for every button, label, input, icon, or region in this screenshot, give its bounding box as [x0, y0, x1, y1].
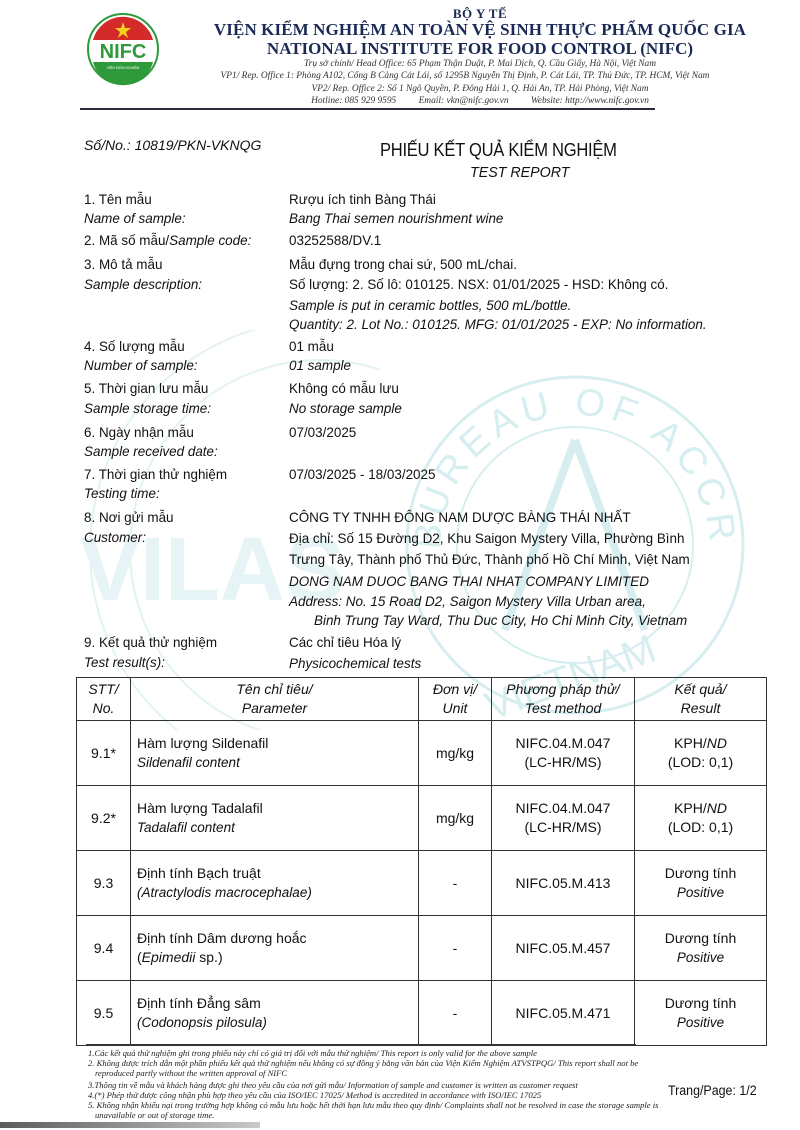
row-no: 9.5 — [77, 981, 131, 1046]
received-date-value: 07/03/2025 — [289, 424, 356, 441]
row-no: 9.3 — [77, 851, 131, 916]
sample-description-vn-1: Mẫu đựng trong chai sứ, 500 mL/chai. — [289, 256, 517, 273]
hotline: Hotline: 085 929 9595 — [311, 96, 396, 106]
logo-text: NIFC — [100, 41, 147, 63]
table-row: 9.2* Hàm lượng TadalafilTadalafil conten… — [77, 786, 767, 851]
title-vn: PHIẾU KẾT QUẢ KIỂM NGHIỆM — [380, 140, 617, 161]
sample-description-label-en: Sample description: — [84, 276, 202, 293]
row-unit: - — [419, 916, 492, 981]
sample-name-label-vn: 1. Tên mẫu — [84, 191, 152, 208]
test-results-value-en: Physicochemical tests — [289, 655, 421, 672]
page-number: Trang/Page: 1/2 — [668, 1083, 757, 1098]
row-no: 9.1* — [77, 721, 131, 786]
table-row: 9.4 Định tính Dâm dương hoắc(Epimedii sp… — [77, 916, 767, 981]
sample-description-en-2: Quantity: 2. Lot No.: 010125. MFG: 01/01… — [289, 316, 707, 333]
scan-edge — [0, 1122, 260, 1128]
website[interactable]: Website: http://www.nifc.gov.vn — [531, 96, 649, 106]
row-result: Dương tínhPositive — [635, 916, 767, 981]
sample-name-value-en: Bang Thai semen nourishment wine — [289, 210, 503, 227]
logo-caption: VIỆN KIỂM NGHIỆM — [107, 65, 140, 70]
customer-name-vn: CÔNG TY TNHH ĐÔNG NAM DƯỢC BÀNG THÁI NHẤ… — [289, 509, 631, 526]
row-result: KPH/ND(LOD: 0,1) — [635, 786, 767, 851]
footer-note-1: 1.Các kết quả thử nghiệm ghi trong phiếu… — [88, 1048, 537, 1058]
row-unit: mg/kg — [419, 721, 492, 786]
rep-office-1-address: VP1/ Rep. Office 1: Phòng A102, Cổng B C… — [130, 71, 800, 81]
row-result: Dương tínhPositive — [635, 851, 767, 916]
header-unit: Đơn vị/Unit — [419, 678, 492, 721]
contact-line: Hotline: 085 929 9595 Email: vkn@nifc.go… — [160, 96, 800, 106]
head-office-address: Trụ sở chính/ Head Office: 65 Phạm Thận … — [160, 59, 800, 69]
customer-name-en: DONG NAM DUOC BANG THAI NHAT COMPANY LIM… — [289, 573, 649, 590]
customer-address-vn-2: Trưng Tây, Thành phố Thủ Đức, Thành phố … — [289, 551, 690, 568]
storage-time-label-vn: 5. Thời gian lưu mẫu — [84, 380, 208, 397]
received-date-label-vn: 6. Ngày nhận mẫu — [84, 424, 194, 441]
header-parameter: Tên chỉ tiêu/Parameter — [131, 678, 419, 721]
table-row: 9.5 Định tính Đẳng sâm(Codonopsis pilosu… — [77, 981, 767, 1046]
row-method: NIFC.05.M.413 — [492, 851, 635, 916]
header-result: Kết quả/Result — [635, 678, 767, 721]
row-parameter: Định tính Bạch truật(Atractylodis macroc… — [131, 851, 419, 916]
customer-address-en-1: Address: No. 15 Road D2, Saigon Mystery … — [289, 593, 646, 610]
storage-time-value-en: No storage sample — [289, 400, 402, 417]
institute-name-en: NATIONAL INSTITUTE FOR FOOD CONTROL (NIF… — [160, 39, 800, 59]
institute-name-vn: VIỆN KIỂM NGHIỆM AN TOÀN VỆ SINH THỰC PH… — [160, 20, 800, 40]
row-parameter: Hàm lượng TadalafilTadalafil content — [131, 786, 419, 851]
number-of-sample-value-vn: 01 mẫu — [289, 338, 334, 355]
footer-note-5: 5. Không nhận khiếu nại trong trường hợp… — [88, 1100, 658, 1110]
customer-address-en-2: Binh Trung Tay Ward, Thu Duc City, Ho Ch… — [314, 612, 687, 629]
number-of-sample-value-en: 01 sample — [289, 357, 351, 374]
number-of-sample-label-en: Number of sample: — [84, 357, 198, 374]
row-unit: - — [419, 981, 492, 1046]
test-results-value-vn: Các chỉ tiêu Hóa lý — [289, 634, 401, 651]
test-results-label-vn: 9. Kết quả thử nghiệm — [84, 634, 217, 651]
footer-note-2: 2. Không được trích dẫn một phần phiếu k… — [88, 1058, 638, 1068]
header-method: Phương pháp thử/Test method — [492, 678, 635, 721]
testing-time-label-en: Testing time: — [84, 485, 160, 502]
table-row: 9.1* Hàm lượng SildenafilSildenafil cont… — [77, 721, 767, 786]
number-of-sample-label-vn: 4. Số lượng mẫu — [84, 338, 185, 355]
sample-code-label-en: Sample code: — [169, 232, 251, 248]
row-method: NIFC.05.M.471 — [492, 981, 635, 1046]
rep-office-2-address: VP2/ Rep. Office 2: Số 1 Ngô Quyền, P. Đ… — [160, 84, 800, 94]
sample-code-value: 03252588/DV.1 — [289, 232, 381, 249]
testing-time-label-vn: 7. Thời gian thử nghiệm — [84, 466, 227, 483]
sample-code-label: 2. Mã số mẫu/Sample code: — [84, 232, 251, 249]
row-method: NIFC.04.M.047(LC-HR/MS) — [492, 786, 635, 851]
storage-time-value-vn: Không có mẫu lưu — [289, 380, 399, 397]
row-unit: - — [419, 851, 492, 916]
document-number: Số/No.: 10819/PKN-VKNQG — [84, 137, 261, 153]
testing-time-value: 07/03/2025 - 18/03/2025 — [289, 466, 435, 483]
row-no: 9.2* — [77, 786, 131, 851]
row-unit: mg/kg — [419, 786, 492, 851]
row-result: Dương tínhPositive — [635, 981, 767, 1046]
row-parameter: Định tính Đẳng sâm(Codonopsis pilosula) — [131, 981, 419, 1046]
sample-description-vn-2: Số lượng: 2. Số lô: 010125. NSX: 01/01/2… — [289, 276, 668, 293]
footer-note-2-cont: reproduced partly without the written ap… — [95, 1068, 287, 1078]
row-parameter: Hàm lượng SildenafilSildenafil content — [131, 721, 419, 786]
customer-label-en: Customer: — [84, 529, 146, 546]
sample-code-label-vn: 2. Mã số mẫu/ — [84, 232, 169, 248]
header-no: STT/No. — [77, 678, 131, 721]
row-result: KPH/ND(LOD: 0,1) — [635, 721, 767, 786]
row-no: 9.4 — [77, 916, 131, 981]
sample-name-value-vn: Rượu ích tinh Bàng Thái — [289, 191, 436, 208]
footer-note-5-cont: unavailable or out of storage time. — [95, 1110, 214, 1120]
customer-label-vn: 8. Nơi gửi mẫu — [84, 509, 174, 526]
sample-name-label-en: Name of sample: — [84, 210, 186, 227]
header-divider — [80, 108, 655, 110]
footer-divider — [86, 1044, 636, 1045]
table-header-row: STT/No. Tên chỉ tiêu/Parameter Đơn vị/Un… — [77, 678, 767, 721]
row-method: NIFC.05.M.457 — [492, 916, 635, 981]
sample-description-label-vn: 3. Mô tả mẫu — [84, 256, 162, 273]
received-date-label-en: Sample received date: — [84, 443, 218, 460]
email[interactable]: Email: vkn@nifc.gov.vn — [419, 96, 509, 106]
footer-note-4: 4.(*) Phép thử được công nhận phù hợp th… — [88, 1090, 541, 1100]
title-en: TEST REPORT — [470, 164, 570, 181]
table-row: 9.3 Định tính Bạch truật(Atractylodis ma… — [77, 851, 767, 916]
footer-note-3: 3.Thông tin về mẫu và khách hàng được gh… — [88, 1080, 578, 1090]
test-results-label-en: Test result(s): — [84, 654, 165, 671]
storage-time-label-en: Sample storage time: — [84, 400, 211, 417]
sample-description-en-1: Sample is put in ceramic bottles, 500 mL… — [289, 297, 571, 314]
results-table: STT/No. Tên chỉ tiêu/Parameter Đơn vị/Un… — [76, 677, 767, 1046]
row-method: NIFC.04.M.047(LC-HR/MS) — [492, 721, 635, 786]
row-parameter: Định tính Dâm dương hoắc(Epimedii sp.) — [131, 916, 419, 981]
customer-address-vn-1: Địa chỉ: Số 15 Đường D2, Khu Saigon Myst… — [289, 530, 684, 547]
